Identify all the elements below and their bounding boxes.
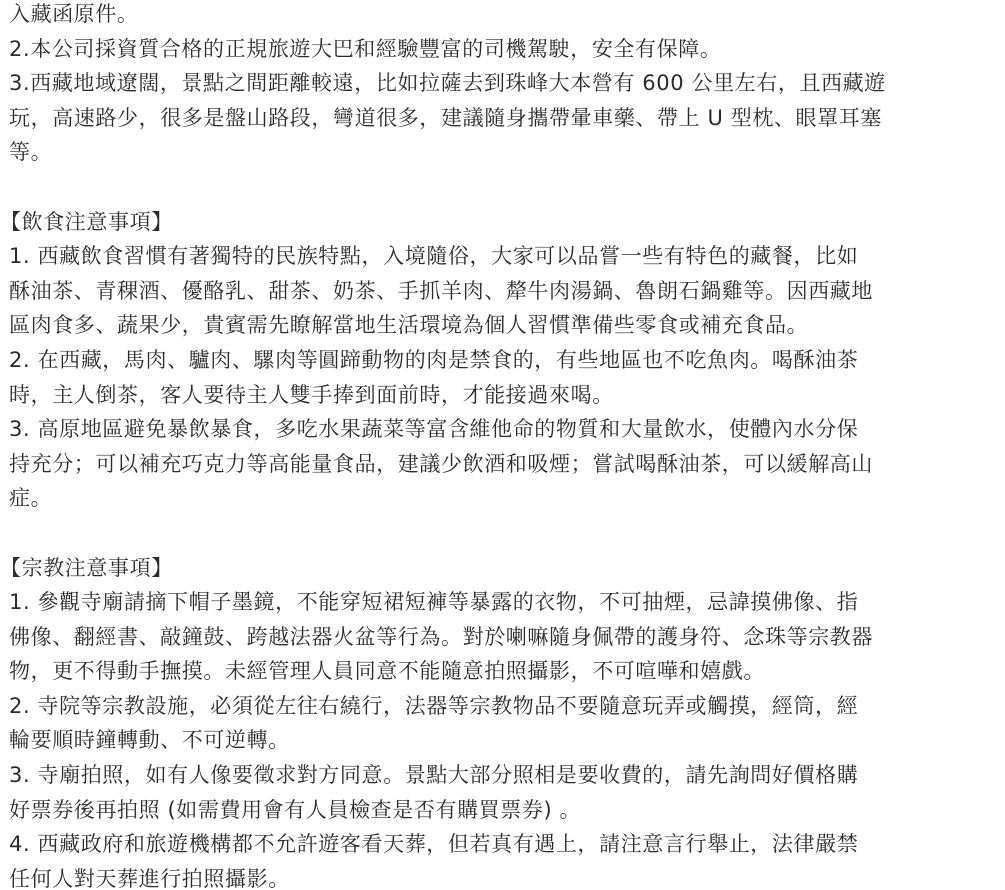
text-line: 2. 在西藏，馬肉、驢肉、騾肉等圓蹄動物的肉是禁食的，有些地區也不吃魚肉。喝酥油… xyxy=(9,343,1005,378)
blank-line xyxy=(9,170,1005,205)
section-dietary-notes: 【飲食注意事項】 1. 西藏飲食習慣有著獨特的民族特點，入境隨俗，大家可以品嘗一… xyxy=(9,205,1005,516)
text-line: 佛像、翻經書、敲鐘鼓、跨越法器火盆等行為。對於喇嘛隨身佩帶的護身符、念珠等宗教器 xyxy=(9,620,1005,655)
travel-notice-document: 入藏函原件。 2.本公司採資質合格的正規旅遊大巴和經驗豐富的司機駕駛，安全有保障… xyxy=(9,0,1005,890)
text-line: 4. 西藏政府和旅遊機構都不允許遊客看天葬，但若真有遇上，請注意言行舉止，法律嚴… xyxy=(9,827,1005,862)
text-line: 3. 高原地區避免暴飲暴食，多吃水果蔬菜等富含維他命的物質和大量飲水，使體內水分… xyxy=(9,412,1005,447)
text-line: 持充分；可以補充巧克力等高能量食品，建議少飲酒和吸煙；嘗試喝酥油茶，可以緩解高山 xyxy=(9,447,1005,482)
intro-notes: 入藏函原件。 2.本公司採資質合格的正規旅遊大巴和經驗豐富的司機駕駛，安全有保障… xyxy=(9,0,1005,170)
blank-line xyxy=(9,516,1005,551)
section-religious-notes: 【宗教注意事項】 1. 參觀寺廟請摘下帽子墨鏡，不能穿短裙短褲等暴露的衣物，不可… xyxy=(9,551,1005,890)
text-line: 3.西藏地域遼闊，景點之間距離較遠，比如拉薩去到珠峰大本營有 600 公里左右，… xyxy=(9,66,1005,101)
text-line: 1. 西藏飲食習慣有著獨特的民族特點，入境隨俗，大家可以品嘗一些有特色的藏餐，比… xyxy=(9,239,1005,274)
text-line: 時，主人倒茶，客人要待主人雙手捧到面前時，才能接過來喝。 xyxy=(9,378,1005,413)
text-line: 物，更不得動手撫摸。未經管理人員同意不能隨意拍照攝影，不可喧嘩和嬉戲。 xyxy=(9,654,1005,689)
section-heading: 【宗教注意事項】 xyxy=(0,551,1005,586)
text-line: 好票券後再拍照 (如需費用會有人員檢查是否有購買票券) 。 xyxy=(9,793,1005,828)
text-line: 2. 寺院等宗教設施，必須從左往右繞行，法器等宗教物品不要隨意玩弄或觸摸，經筒，… xyxy=(9,689,1005,724)
text-line: 2.本公司採資質合格的正規旅遊大巴和經驗豐富的司機駕駛，安全有保障。 xyxy=(9,32,1005,67)
text-line: 入藏函原件。 xyxy=(9,0,1005,32)
text-line: 1. 參觀寺廟請摘下帽子墨鏡，不能穿短裙短褲等暴露的衣物，不可抽煙，忌諱摸佛像、… xyxy=(9,585,1005,620)
text-line: 酥油茶、青稞酒、優酪乳、甜茶、奶茶、手抓羊肉、犛牛肉湯鍋、魯朗石鍋雞等。因西藏地 xyxy=(9,274,1005,309)
section-heading: 【飲食注意事項】 xyxy=(0,205,1005,240)
text-line: 玩，高速路少，很多是盤山路段，彎道很多，建議隨身攜帶暈車藥、帶上 U 型枕、眼罩… xyxy=(9,101,1005,136)
text-line: 區肉食多、蔬果少，貴賓需先瞭解當地生活環境為個人習慣準備些零食或補充食品。 xyxy=(9,308,1005,343)
text-line: 症。 xyxy=(9,481,1005,516)
text-line: 任何人對天葬進行拍照攝影。 xyxy=(9,862,1005,890)
text-line: 等。 xyxy=(9,135,1005,170)
text-line: 3. 寺廟拍照，如有人像要徵求對方同意。景點大部分照相是要收費的，請先詢問好價格… xyxy=(9,758,1005,793)
text-line: 輪要順時鐘轉動、不可逆轉。 xyxy=(9,723,1005,758)
